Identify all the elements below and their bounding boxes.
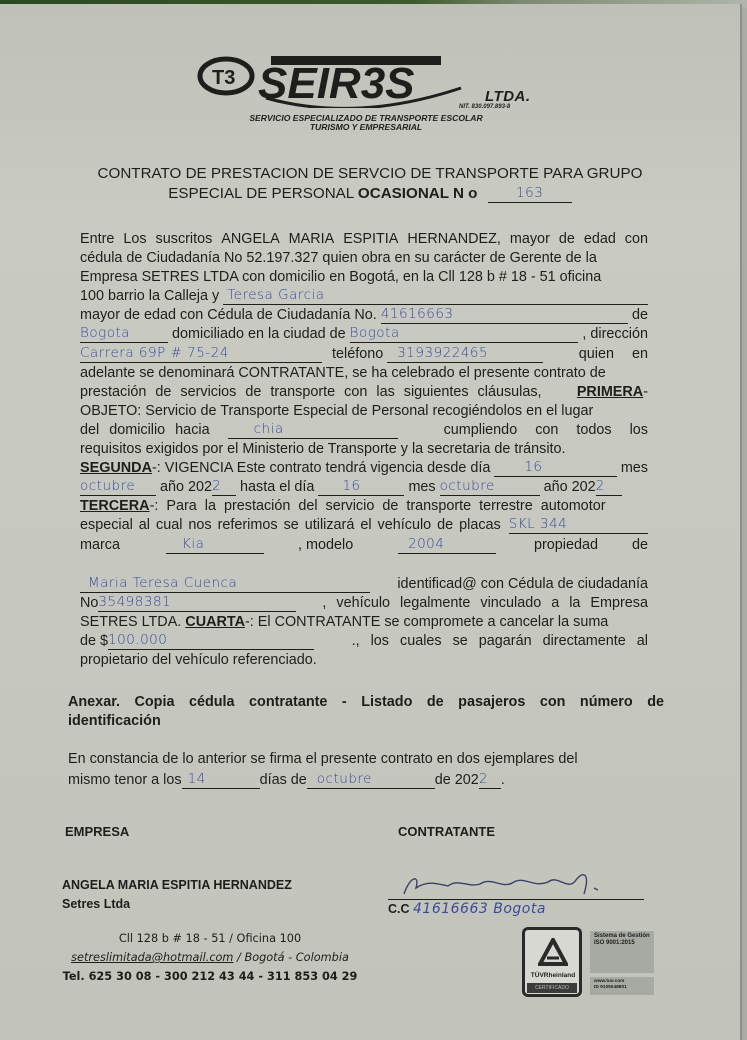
body-line-14: octubre año 2022 hasta el día 16 mes oct… [80, 478, 648, 497]
body-line-6: Bogota domiciliado en la ciudad de Bogot… [80, 325, 648, 344]
title-line-2: ESPECIAL DE PERSONAL OCASIONAL N o 163 [60, 184, 680, 204]
contratante-cc: C.C 41616663 Bogota [388, 901, 546, 917]
body-line-2: cédula de Ciudadanía No 52.197.327 quien… [80, 249, 648, 268]
address-field[interactable]: Carrera 69P # 75-24 [80, 347, 322, 363]
start-day-field[interactable]: 16 [494, 461, 616, 477]
contract-title: CONTRATO DE PRESTACION DE SERVCIO DE TRA… [60, 164, 680, 204]
contratante-cc-field[interactable]: 41616663 [381, 308, 628, 324]
body-line-10: OBJETO: Servicio de Transporte Especial … [80, 402, 648, 421]
start-year-field[interactable]: 2 [212, 480, 236, 496]
contract-number-field[interactable]: 163 [488, 186, 572, 203]
end-day-field[interactable]: 16 [318, 480, 404, 496]
body-line-1: EntreLossuscritosANGELAMARIAESPITIAHERNA… [80, 230, 648, 249]
owner-name-field[interactable]: Maria Teresa Cuenca [80, 577, 370, 593]
body-line-3: Empresa SETRES LTDA con domicilio en Bog… [80, 268, 648, 287]
contratante-label: CONTRATANTE [398, 824, 495, 839]
footer-email-link[interactable]: setreslimitada@hotmail.com [71, 951, 233, 964]
footer-phones: Tel. 625 30 08 - 300 212 43 44 - 311 853… [40, 967, 380, 986]
tuv-triangle-icon [538, 938, 568, 968]
iso-certification-badge: TÜVRheinland CERTIFICADO Sistema de Gest… [522, 927, 654, 997]
logo-slogan: SERVICIO ESPECIALIZADO DE TRANSPORTE ESC… [225, 114, 507, 132]
end-month-field[interactable]: octubre [440, 480, 540, 496]
plate-field[interactable]: SKL 344 [509, 518, 648, 534]
sign-day-field[interactable]: 14 [182, 773, 260, 789]
end-year-field[interactable]: 2 [596, 480, 622, 496]
body-line-7: Carrera 69P # 75-24 teléfono 3193922465 … [80, 345, 648, 364]
body-line-15: TERCERA-: Para la prestación del servici… [80, 497, 648, 516]
body-line-12: requisitos exigidos por el Ministerio de… [80, 440, 648, 459]
title-line-1: CONTRATO DE PRESTACION DE SERVCIO DE TRA… [60, 164, 680, 184]
phone-field[interactable]: 3193922465 [387, 347, 543, 363]
annex-note: Anexar. Copia cédula contratante - Lista… [68, 693, 664, 731]
company-footer: Cll 128 b # 18 - 51 / Oficina 100 setres… [40, 929, 380, 986]
contract-body: EntreLossuscritosANGELAMARIAESPITIAHERNA… [80, 230, 648, 555]
slogan-line-2: TURISMO Y EMPRESARIAL [225, 123, 507, 132]
sign-month-field[interactable]: octubre [307, 773, 435, 789]
contract-page: T3 SEIR3S LTDA. NIT. 830.097.893-8 SERVI… [0, 4, 742, 1040]
start-month-field[interactable]: octubre [80, 480, 156, 496]
empresa-label: EMPRESA [65, 824, 129, 839]
city-field[interactable]: Bogota [350, 327, 579, 343]
logo-nit: NIT. 830.097.893-8 [459, 104, 510, 110]
body-line-16: especial al cual nos referimos se utiliz… [80, 516, 648, 535]
amount-field[interactable]: 100.000 [108, 634, 314, 650]
body-line-19: No 35498381 , vehículo legalmente vincul… [80, 594, 648, 613]
empresa-signer: ANGELA MARIA ESPITIA HERNANDEZ Setres Lt… [62, 876, 292, 914]
closing-statement: En constancia de lo anterior se firma el… [68, 749, 662, 791]
contratante-name-field[interactable]: Teresa Garcia [223, 289, 648, 305]
body-line-22: propietario del vehículo referenciado. [80, 651, 648, 670]
body-line-11: del domicilio hacia chia cumpliendo con … [80, 421, 648, 440]
brand-field[interactable]: Kia [166, 538, 264, 554]
body-line-18: Maria Teresa Cuenca identificad@ con Céd… [80, 575, 648, 594]
body-line-21: de $ 100.000 ., los cuales se pagarán di… [80, 632, 648, 651]
body-line-13: SEGUNDA-: VIGENCIA Este contrato tendrá … [80, 459, 648, 478]
svg-text:T3: T3 [212, 67, 235, 89]
body-line-5: mayor de edad con Cédula de Ciudadanía N… [80, 306, 648, 325]
footer-address: Cll 128 b # 18 - 51 / Oficina 100 [40, 929, 380, 948]
handwritten-signature-icon [398, 866, 628, 902]
model-field[interactable]: 2004 [398, 538, 496, 554]
contract-body-2: Maria Teresa Cuenca identificad@ con Céd… [80, 575, 648, 670]
owner-cc-field[interactable]: 35498381 [98, 596, 296, 612]
body-line-17: marca Kia , modelo 2004 propiedad de [80, 536, 648, 555]
body-line-4: 100 barrio la Calleja y Teresa Garcia [80, 287, 648, 306]
body-line-20: SETRES LTDA. CUARTA-: El CONTRATANTE se … [80, 613, 648, 632]
signature-line [388, 899, 644, 900]
body-line-9: prestación de servicios de transporte co… [80, 383, 648, 402]
logo-ltda: LTDA. [485, 88, 531, 105]
body-line-8: adelante se denominará CONTRATANTE, se h… [80, 364, 648, 383]
sign-year-field[interactable]: 2 [479, 773, 501, 789]
destination-field[interactable]: chia [228, 423, 398, 439]
cc-city-field[interactable]: Bogota [80, 327, 168, 343]
